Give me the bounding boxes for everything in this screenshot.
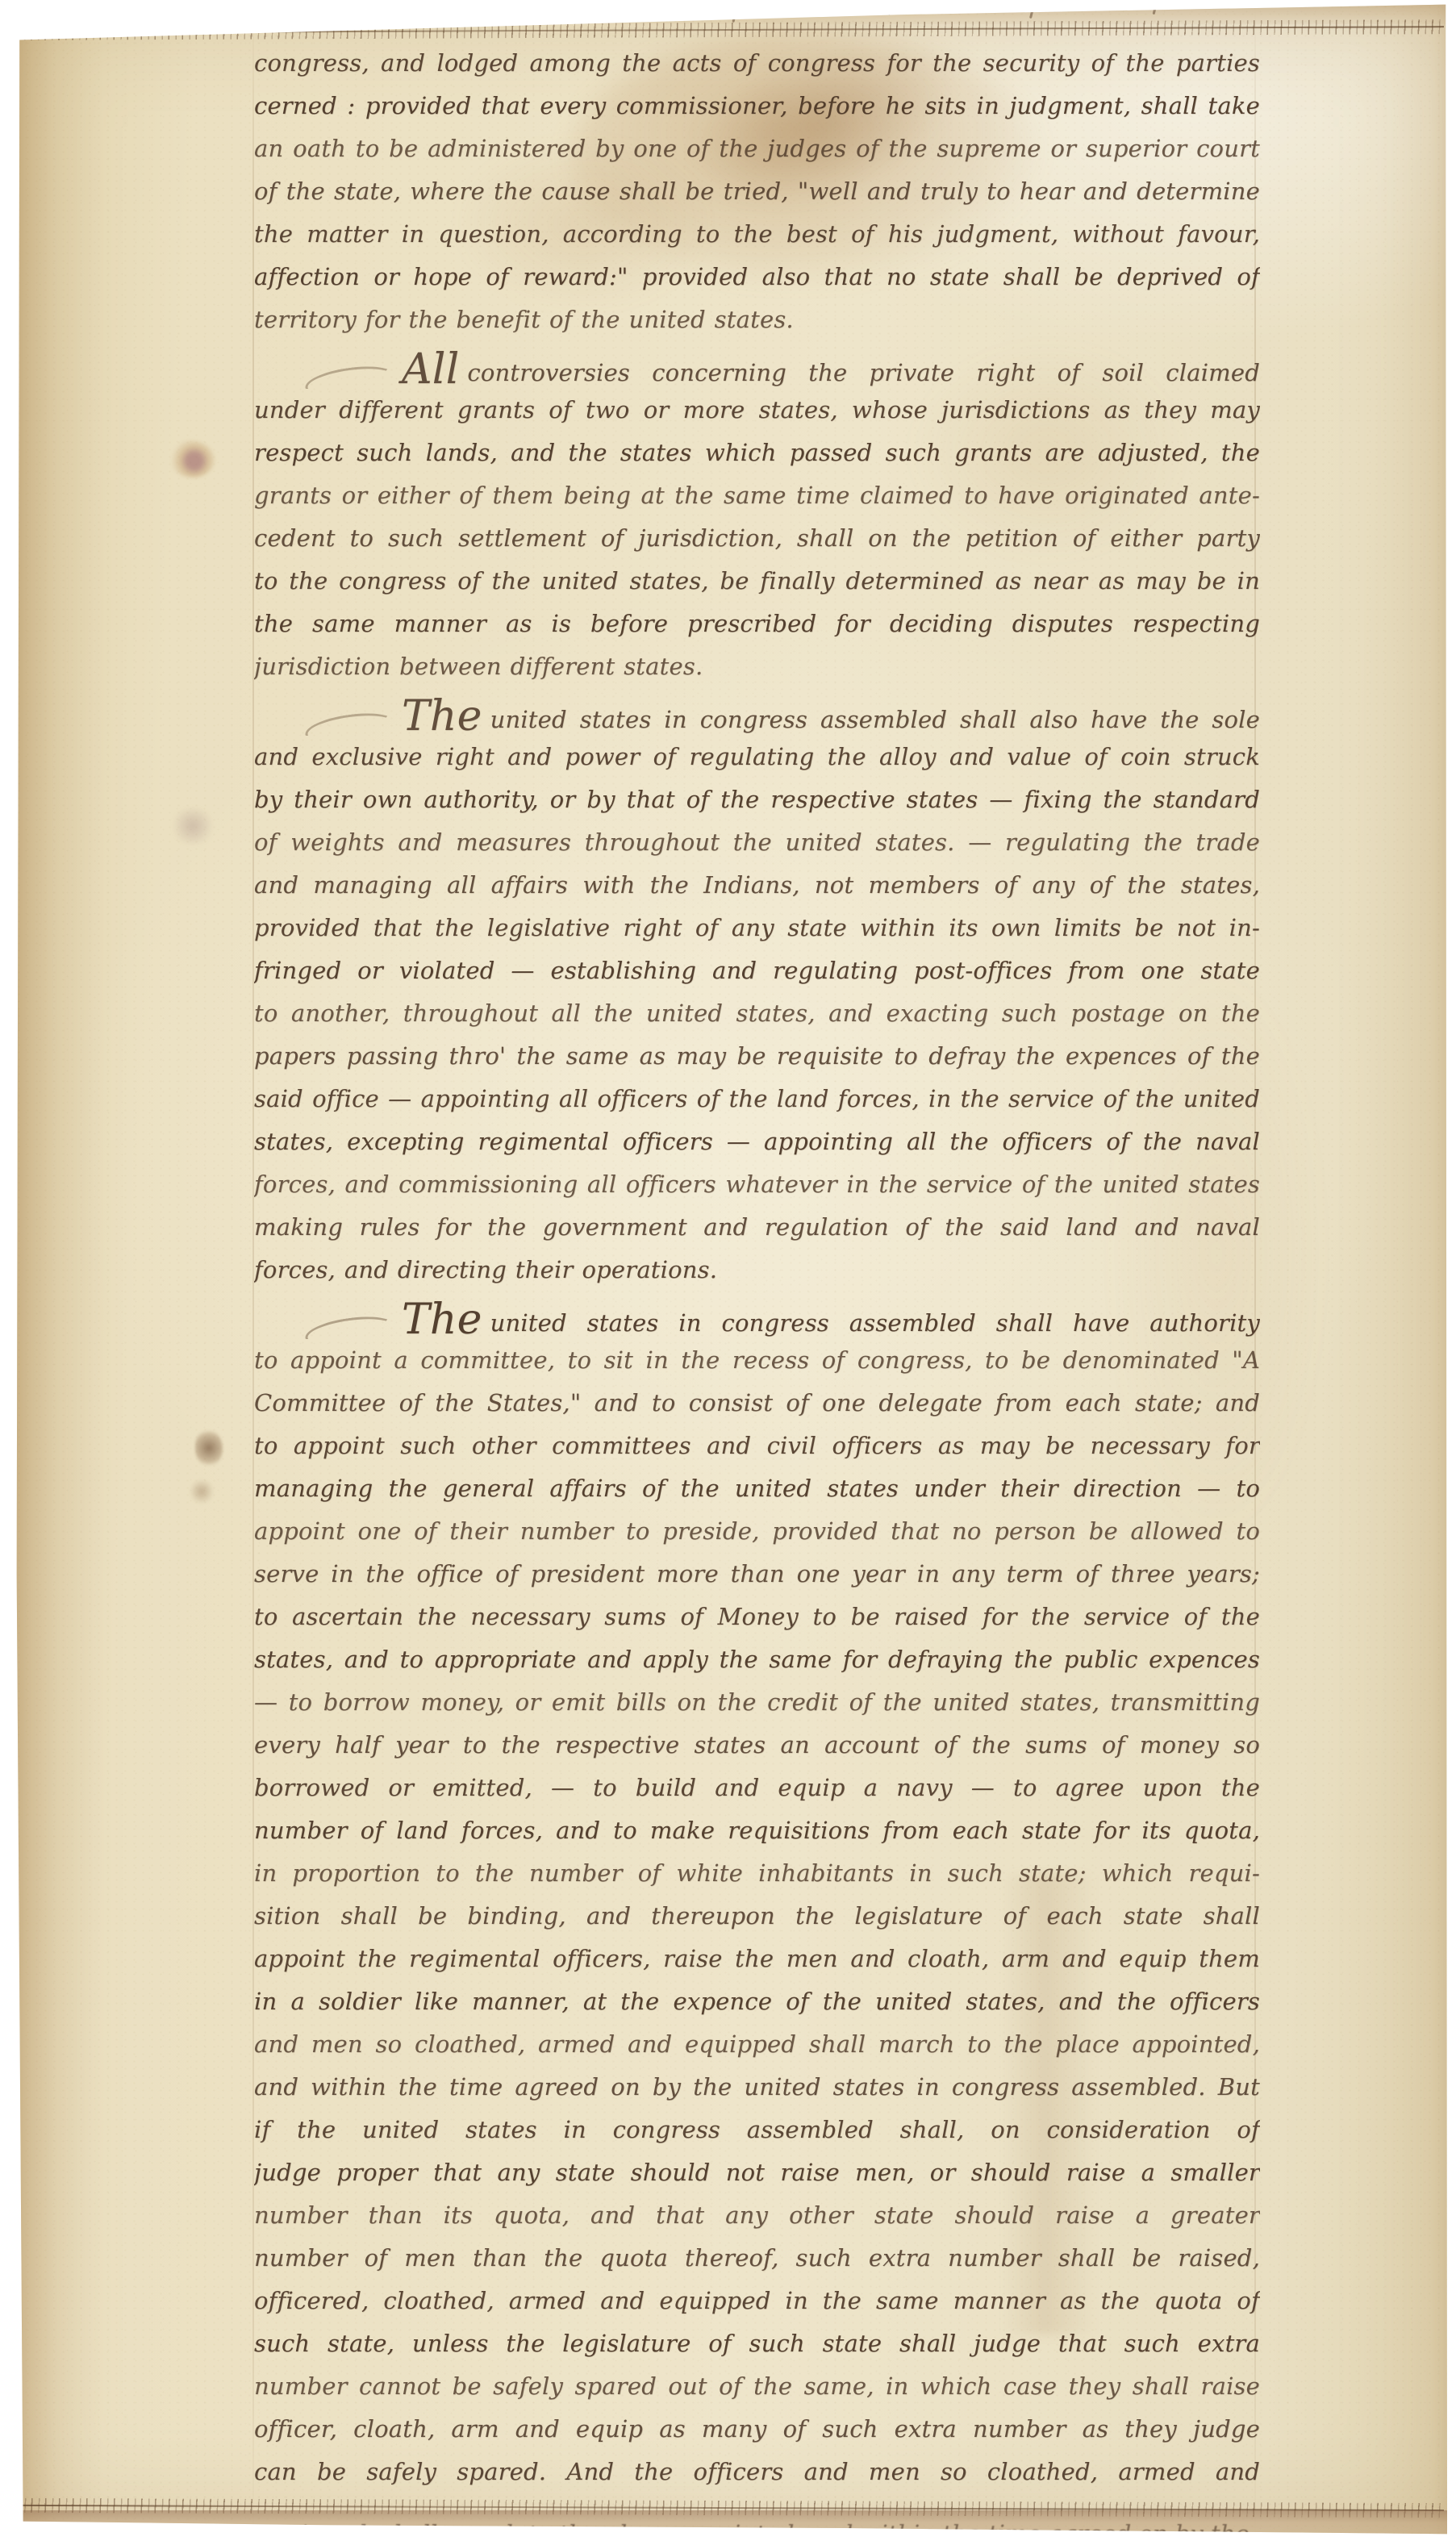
text-line: territory for the benefit of the united … [254,298,1260,341]
text-line: serve in the office of president more th… [254,1553,1260,1596]
text-line: Theunited states in congress assembled s… [254,693,1260,736]
text-line: in proportion to the number of white inh… [254,1852,1260,1895]
text-line: judge proper that any state should not r… [254,2151,1260,2194]
text-line: and within the time agreed on by the uni… [254,2066,1260,2109]
text-line: states, and to appropriate and apply the… [254,1638,1260,1681]
text-line: such state, unless the legislature of su… [254,2322,1260,2365]
paragraph-initial-word: The [402,693,482,736]
parchment-sheet: congress, and lodged among the acts of c… [15,3,1447,2538]
text-line: Allcontroversies concerning the private … [254,346,1260,389]
text-line: to appoint such other committees and civ… [254,1425,1260,1467]
manuscript-lines: congress, and lodged among the acts of c… [254,42,1260,2493]
text-line: number of men than the quota thereof, su… [254,2237,1260,2280]
text-line: every half year to the respective states… [254,1724,1260,1767]
next-line-partial-tops: equipped, shall march to the place appoi… [257,2520,1257,2534]
text-line: cerned : provided that every commissione… [254,85,1260,127]
text-line: jurisdiction between different states. [254,645,1260,688]
text-line: by their own authority, or by that of th… [254,778,1260,821]
text-line: forces, and directing their operations. [254,1249,1260,1291]
text-line: said office — appointing all officers of… [254,1078,1260,1120]
next-membrane-edge: equipped, shall march to the place appoi… [15,2510,1447,2538]
text-line: Theunited states in congress assembled s… [254,1296,1260,1339]
text-line: cedent to such settlement of jurisdictio… [254,517,1260,560]
text-line: fringed or violated — establishing and r… [254,949,1260,992]
text-line: of weights and measures throughout the u… [254,821,1260,864]
text-line: number than its quota, and that any othe… [254,2194,1260,2237]
text-line: provided that the legislative right of a… [254,907,1260,949]
paragraph-initial-word: The [402,1296,482,1339]
text-line: Committee of the States," and to consist… [254,1382,1260,1425]
text-line: to ascertain the necessary sums of Money… [254,1596,1260,1638]
document-photo: congress, and lodged among the acts of c… [0,0,1456,2541]
text-line: an oath to be administered by one of the… [254,127,1260,170]
text-line: grants or either of them being at the sa… [254,474,1260,517]
text-line: under different grants of two or more st… [254,389,1260,432]
text-line: and managing all affairs with the Indian… [254,864,1260,907]
text-line: number of land forces, and to make requi… [254,1809,1260,1852]
stain [190,1478,213,1505]
text-line: borrowed or emitted, — to build and equi… [254,1767,1260,1809]
text-line: the matter in question, according to the… [254,213,1260,256]
text-line: to the congress of the united states, be… [254,560,1260,603]
text-line: in a soldier like manner, at the expence… [254,1980,1260,2023]
text-line: appoint one of their number to preside, … [254,1510,1260,1553]
paragraph-initial-word: All [402,346,459,389]
text-line: managing the general affairs of the unit… [254,1467,1260,1510]
text-line: if the united states in congress assembl… [254,2109,1260,2151]
text-line: of the state, where the cause shall be t… [254,170,1260,213]
text-line: forces, and commissioning all officers w… [254,1163,1260,1206]
text-line: congress, and lodged among the acts of c… [254,42,1260,85]
text-line: appoint the regimental officers, raise t… [254,1938,1260,1980]
text-line: and men so cloathed, armed and equipped … [254,2023,1260,2066]
text-line: respect such lands, and the states which… [254,432,1260,474]
text-line: states, excepting regimental officers — … [254,1120,1260,1163]
text-line: and exclusive right and power of regulat… [254,736,1260,778]
text-line: the same manner as is before prescribed … [254,603,1260,645]
text-line: officered, cloathed, armed and equipped … [254,2280,1260,2322]
text-line: officer, cloath, arm and equip as many o… [254,2408,1260,2451]
text-line: to another, throughout all the united st… [254,992,1260,1035]
stain [169,440,215,478]
edge-mottling [15,3,105,2538]
text-line: making rules for the government and regu… [254,1206,1260,1249]
text-line: — to borrow money, or emit bills on the … [254,1681,1260,1724]
text-line: sition shall be binding, and thereupon t… [254,1895,1260,1938]
text-line: to appoint a committee, to sit in the re… [254,1339,1260,1382]
stain [169,808,216,844]
manuscript-text: congress, and lodged among the acts of c… [254,42,1260,2493]
stain [195,1429,223,1467]
text-line: can be safely spared. And the officers a… [254,2451,1260,2493]
text-line: papers passing thro' the same as may be … [254,1035,1260,1078]
text-line: affection or hope of reward:" provided a… [254,256,1260,298]
text-line: number cannot be safely spared out of th… [254,2365,1260,2408]
